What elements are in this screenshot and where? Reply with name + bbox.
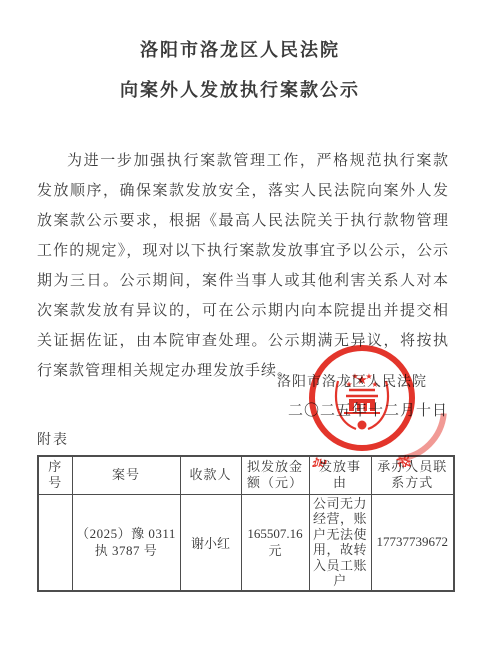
document-title-court-name: 洛阳市洛龙区人民法院 xyxy=(0,38,480,62)
cell-case-no: （2025）豫 0311 执 3787 号 xyxy=(72,494,180,591)
signature-date: 二〇二五年十二月十日 xyxy=(288,399,448,420)
attachment-table-label: 附表 xyxy=(37,429,69,449)
seal-second-impression-arc xyxy=(398,413,443,458)
cell-seq xyxy=(38,494,72,591)
table-header-row: 序号 案号 收款人 拟发放金额（元） 发放事由 承办人员联系方式 xyxy=(38,456,454,494)
header-seq: 序号 xyxy=(38,456,72,494)
disbursement-table: 序号 案号 收款人 拟发放金额（元） 发放事由 承办人员联系方式 （2025）豫… xyxy=(37,455,455,592)
table-row: （2025）豫 0311 执 3787 号 谢小红 165507.16 元 公司… xyxy=(38,494,454,591)
document-title-notice-type: 向案外人发放执行案款公示 xyxy=(0,78,480,102)
cell-contact: 17737739672 xyxy=(371,494,454,591)
cell-payee: 谢小红 xyxy=(180,494,241,591)
signature-court-name: 洛阳市洛龙区人民法院 xyxy=(277,371,427,391)
notice-body-paragraph: 为进一步加强执行案款管理工作，严格规范执行案款发放顺序，确保案款发放安全，落实人… xyxy=(37,146,449,386)
cell-amount: 165507.16 元 xyxy=(241,494,309,591)
header-contact: 承办人员联系方式 xyxy=(371,456,454,494)
court-notice-document: 洛阳市洛龙区人民法院 向案外人发放执行案款公示 为进一步加强执行案款管理工作，严… xyxy=(0,0,480,650)
header-amount: 拟发放金额（元） xyxy=(241,456,309,494)
header-payee: 收款人 xyxy=(180,456,241,494)
cell-reason: 公司无力经营，账户无法使用，故转入员工账户 xyxy=(309,494,371,591)
header-reason: 发放事由 xyxy=(309,456,371,494)
header-case-no: 案号 xyxy=(72,456,180,494)
